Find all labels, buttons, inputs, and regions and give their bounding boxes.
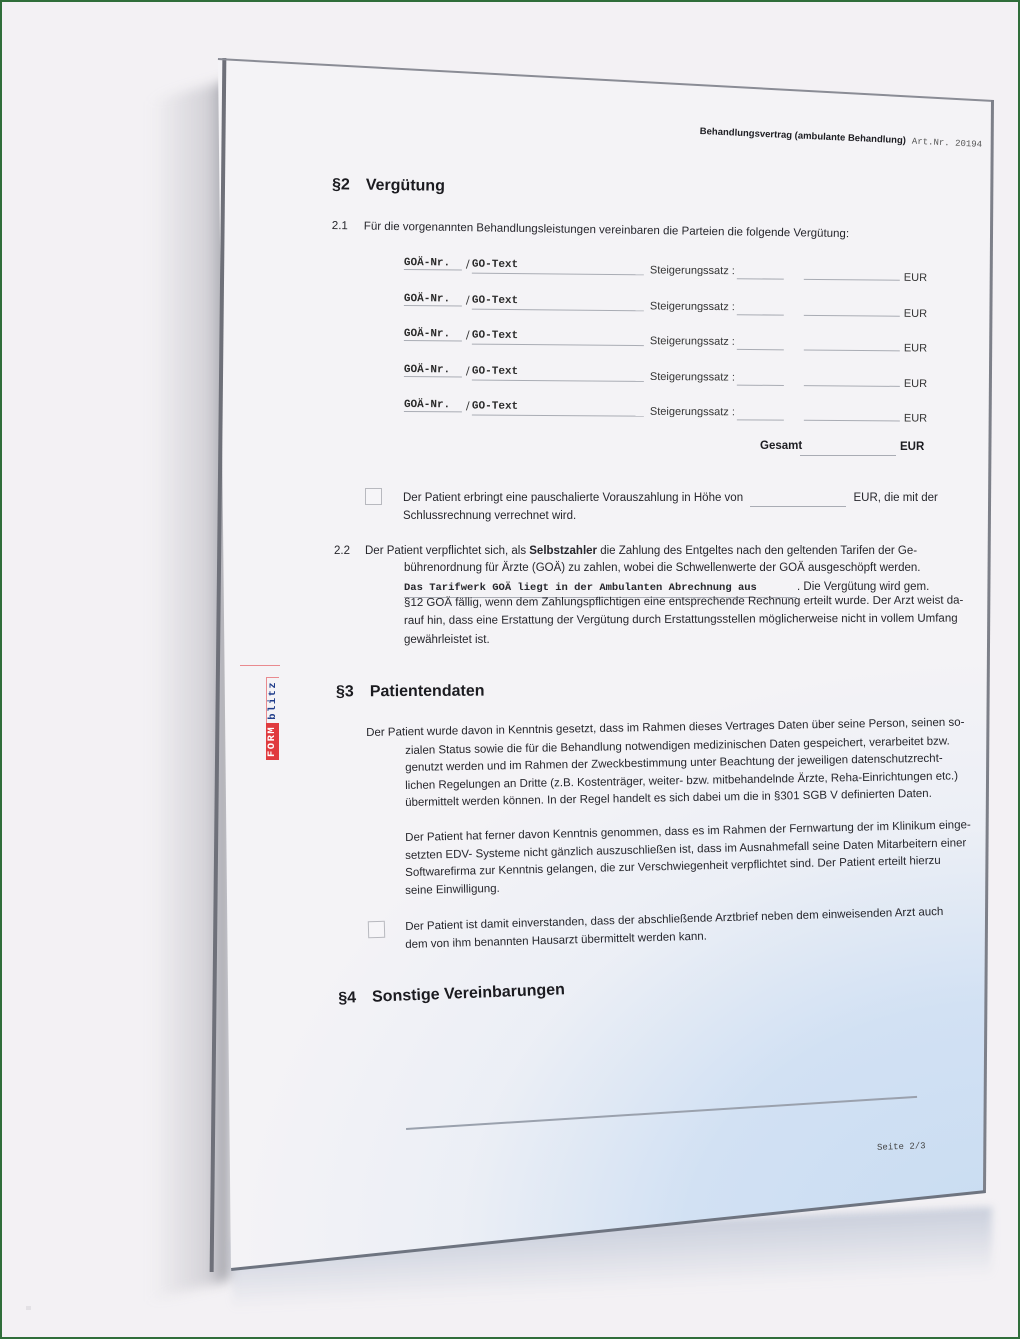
fee-row: GOÄ-Nr./GO-TextSteigerungssatz :EUR bbox=[404, 293, 944, 318]
go-text-field[interactable]: GO-Text bbox=[472, 366, 644, 382]
clause-2-2-line5: rauf hin, dass eine Erstattung der Vergü… bbox=[404, 610, 958, 630]
article-number: Art.Nr. 20194 bbox=[912, 137, 983, 150]
paragraph-line: seine Einwilligung. bbox=[405, 879, 500, 899]
section-title: Patientendaten bbox=[370, 683, 485, 701]
rate-field[interactable] bbox=[737, 349, 784, 350]
prepayment-text: Der Patient erbringt eine pauschalierte … bbox=[403, 489, 938, 507]
prepayment-amount-field[interactable] bbox=[750, 494, 846, 507]
rate-label: Steigerungssatz : bbox=[650, 335, 735, 348]
logo-blitz: blitz bbox=[266, 677, 279, 723]
goa-number-field[interactable]: GOÄ-Nr. bbox=[404, 257, 462, 271]
separator: / bbox=[466, 329, 470, 342]
goa-number-field[interactable]: GOÄ-Nr. bbox=[404, 399, 462, 412]
clause-number: 2.1 bbox=[332, 220, 348, 232]
currency-label: EUR bbox=[904, 342, 927, 354]
section-4-heading: §4Sonstige Vereinbarungen bbox=[338, 981, 565, 1008]
clause-2-2-line6: gewährleistet ist. bbox=[404, 631, 490, 649]
rate-label: Steigerungssatz : bbox=[650, 264, 735, 277]
prepayment-text-after: EUR, die mit der bbox=[854, 492, 938, 504]
prepayment-text-before: Der Patient erbringt eine pauschalierte … bbox=[403, 492, 743, 504]
fee-row: GOÄ-Nr./GO-TextSteigerungssatz :EUR bbox=[404, 399, 944, 423]
clause-2-2-line2: bührenordnung für Ärzte (GOÄ) zu zahlen,… bbox=[404, 559, 921, 577]
fee-row: GOÄ-Nr./GO-TextSteigerungssatz :EUR bbox=[404, 364, 944, 388]
separator: / bbox=[466, 258, 470, 271]
currency-label: EUR bbox=[904, 308, 927, 320]
amount-field[interactable] bbox=[804, 315, 900, 317]
currency-label: EUR bbox=[904, 412, 927, 424]
prepayment-checkbox[interactable] bbox=[365, 488, 382, 505]
goa-number-field[interactable]: GOÄ-Nr. bbox=[404, 364, 462, 377]
amount-field[interactable] bbox=[804, 420, 900, 422]
rate-field[interactable] bbox=[737, 419, 784, 420]
goa-number-field[interactable]: GOÄ-Nr. bbox=[404, 293, 462, 307]
total-label: Gesamt bbox=[760, 440, 802, 452]
section-title: Sonstige Vereinbarungen bbox=[372, 981, 565, 1005]
total-field[interactable] bbox=[800, 455, 896, 456]
amount-field[interactable] bbox=[804, 349, 900, 351]
currency-label: EUR bbox=[904, 272, 927, 284]
watermark-mark bbox=[26, 1306, 31, 1310]
document-title: Behandlungsvertrag (ambulante Behandlung… bbox=[700, 126, 907, 146]
rate-label: Steigerungssatz : bbox=[650, 371, 735, 384]
section-2-heading: §2Vergütung bbox=[332, 176, 445, 196]
go-text-field[interactable]: GO-Text bbox=[472, 330, 644, 347]
section-number: §3 bbox=[336, 683, 354, 700]
separator: / bbox=[466, 294, 470, 307]
text: Der Patient verpflichtet sich, als bbox=[365, 545, 529, 557]
formblitz-logo: FORMblitz bbox=[266, 665, 279, 760]
go-text-field[interactable]: GO-Text bbox=[472, 259, 644, 276]
clause-2-2-line1: Der Patient verpflichtet sich, als Selbs… bbox=[365, 542, 921, 560]
section-number: §4 bbox=[338, 989, 356, 1007]
total-currency: EUR bbox=[900, 441, 924, 453]
amount-field[interactable] bbox=[804, 279, 900, 281]
other-agreements-field[interactable] bbox=[406, 1096, 917, 1130]
section-title: Vergütung bbox=[366, 177, 445, 195]
fee-row: GOÄ-Nr./GO-TextSteigerungssatz :EUR bbox=[404, 257, 944, 282]
section-number: §2 bbox=[332, 176, 350, 193]
emphasis-selbstzahler: Selbstzahler bbox=[529, 545, 597, 557]
section-3-heading: §3Patientendaten bbox=[336, 683, 485, 702]
page-number: Seite 2/3 bbox=[877, 1141, 926, 1153]
currency-label: EUR bbox=[904, 378, 927, 390]
separator: / bbox=[466, 364, 470, 377]
go-text-field[interactable]: GO-Text bbox=[472, 400, 644, 416]
text: die Zahlung des Entgeltes nach den gelte… bbox=[597, 545, 917, 557]
rate-field[interactable] bbox=[737, 385, 784, 386]
clause-2-1: 2.1Für die vorgenannten Behandlungsleist… bbox=[332, 217, 850, 243]
document-content: Behandlungsvertrag (ambulante Behandlung… bbox=[0, 0, 1020, 1339]
consent-checkbox[interactable] bbox=[368, 921, 385, 938]
amount-field[interactable] bbox=[804, 385, 900, 387]
goa-number-field[interactable]: GOÄ-Nr. bbox=[404, 328, 462, 342]
clause-text: Für die vorgenannten Behandlungsleistung… bbox=[364, 221, 849, 241]
prepayment-text-line2: Schlussrechnung verrechnet wird. bbox=[403, 507, 576, 525]
fee-row: GOÄ-Nr./GO-TextSteigerungssatz :EUR bbox=[404, 328, 944, 353]
logo-form: FORM bbox=[266, 723, 279, 760]
go-text-field[interactable]: GO-Text bbox=[472, 295, 644, 312]
rate-label: Steigerungssatz : bbox=[650, 406, 735, 419]
clause-2-2-number: 2.2 bbox=[334, 542, 350, 560]
document-header: Behandlungsvertrag (ambulante Behandlung… bbox=[700, 126, 983, 150]
rate-field[interactable] bbox=[737, 278, 784, 279]
separator: / bbox=[466, 399, 470, 412]
rate-field[interactable] bbox=[737, 314, 784, 315]
rate-label: Steigerungssatz : bbox=[650, 300, 735, 313]
